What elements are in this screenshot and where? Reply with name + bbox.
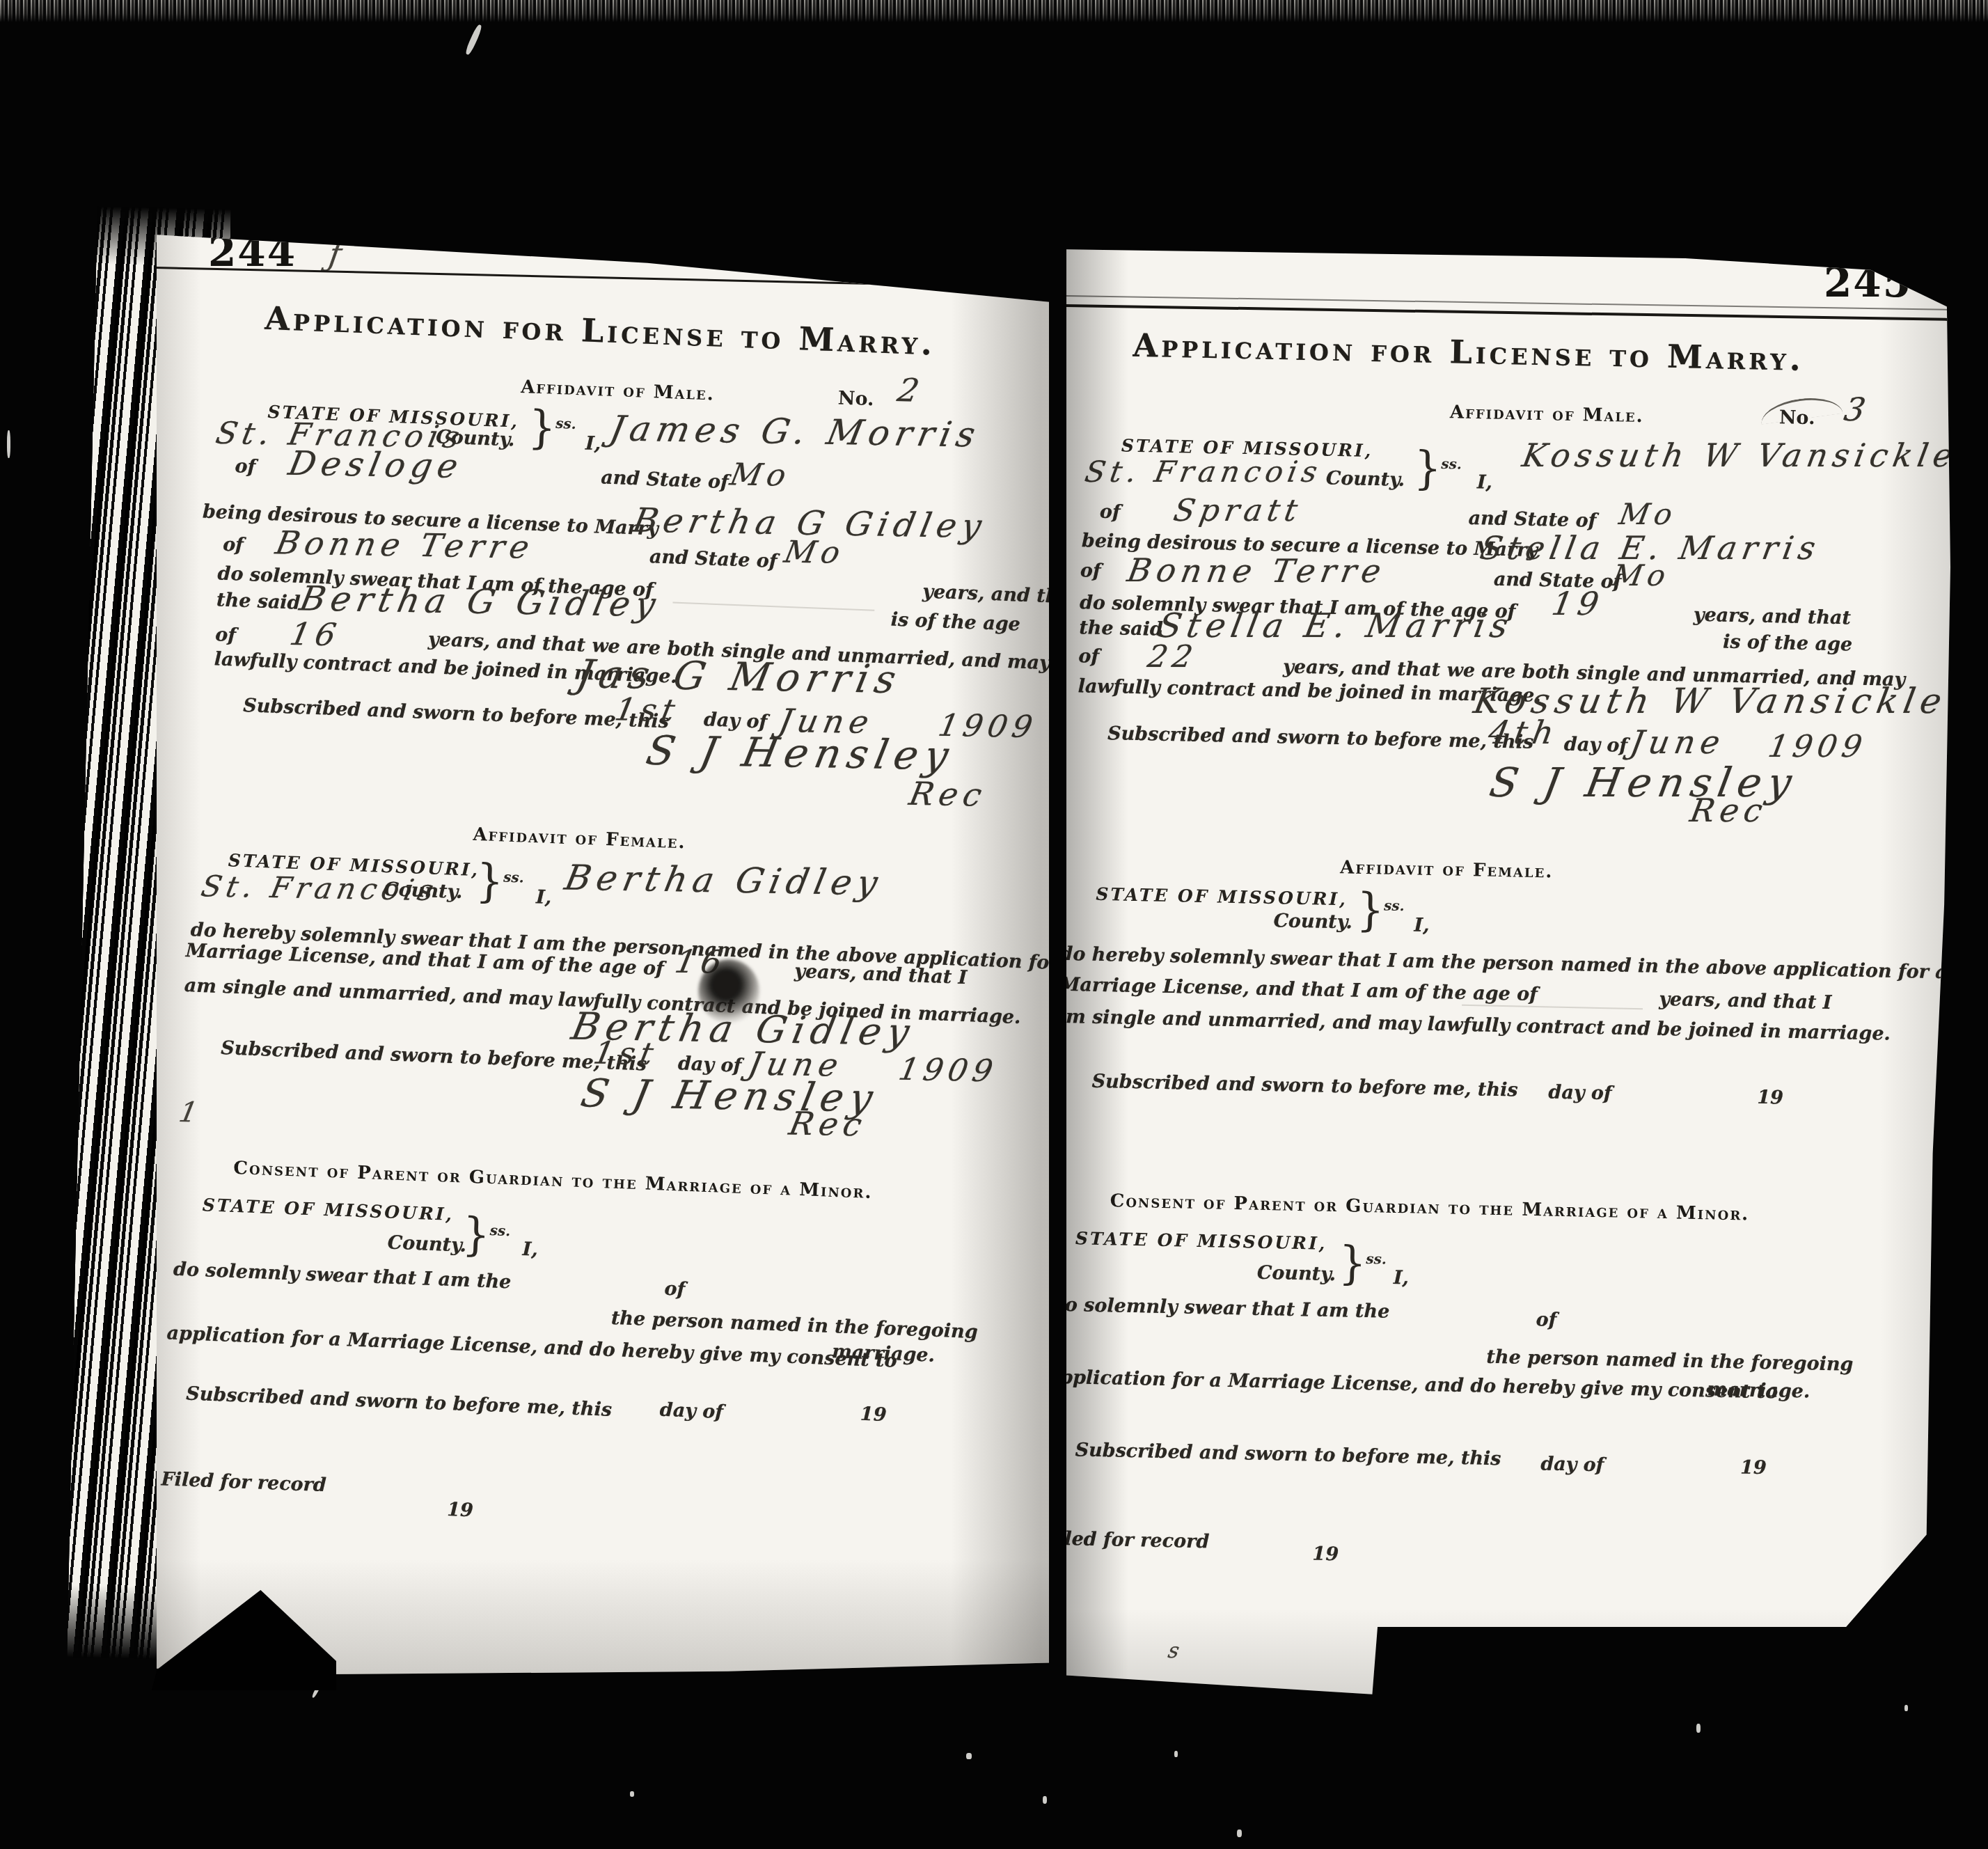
female-affidavit-heading: Affidavit of Female. (1340, 857, 1554, 882)
consent-marriage-label: marriage. (1707, 1378, 1810, 1402)
groom-residence-fill: Desloge (285, 444, 466, 486)
of-label: of (1099, 501, 1120, 524)
page-244-content: Application for License to Marry. Affida… (102, 228, 1050, 1706)
officer-signature: S J Hensley (642, 727, 958, 779)
subscribed-label: Subscribed and sworn to before me, this (186, 1383, 613, 1421)
subscribed-label: Subscribed and sworn to before me, this (1107, 723, 1534, 753)
county-label: County. (1326, 468, 1405, 491)
book-top-edge (0, 0, 1988, 22)
form-title: Application for License to Marry. (154, 295, 1047, 367)
sworn-month-fill: June (1627, 723, 1728, 761)
is-of-the-age-label: is of the age (1723, 631, 1853, 656)
officer-title: Rec (1687, 792, 1771, 829)
years-and-that-i-label: years, and that I (1659, 989, 1832, 1014)
brace-glyph: } (461, 1207, 491, 1261)
year-prefix: 19 (860, 1403, 887, 1426)
county-label: County. (1257, 1262, 1336, 1285)
day-of-label: day of (1548, 1082, 1612, 1105)
year-prefix: 19 (1757, 1087, 1783, 1109)
i-label: I, (1394, 1267, 1410, 1289)
sworn-day-fill: 4th (1485, 714, 1561, 751)
no-label: No. (837, 387, 874, 410)
and-state-of-label: and State of (649, 546, 778, 572)
book-page-245: 245 Application for License to Marry. Af… (1066, 245, 1950, 1710)
sworn-day-fill: 1st (590, 1034, 661, 1072)
consent-marriage-label: marriage. (832, 1341, 936, 1367)
ss-label: ss. (1441, 455, 1462, 473)
subscribed-label: Subscribed and sworn to before me, this (1091, 1071, 1518, 1101)
consent-heading: Consent of Parent or Guardian to the Mar… (1047, 1189, 1813, 1226)
day-of-label: day of (1540, 1453, 1604, 1476)
brace-glyph: } (1356, 883, 1384, 936)
ss-label: ss. (489, 1222, 510, 1239)
bride-name-fill: Bertha G Gidley (297, 579, 664, 625)
i-label: I, (1414, 914, 1430, 936)
bottom-stray-mark: s (1166, 1639, 1184, 1664)
consent-swear-label: do solemnly swear that I am the (173, 1259, 512, 1293)
day-of-label: day of (659, 1399, 723, 1423)
county-fill: St. Francois (1082, 455, 1325, 489)
brace-glyph: } (1413, 441, 1442, 494)
groom-state-fill: Mo (1616, 497, 1680, 531)
day-of-label: day of (1564, 734, 1628, 757)
ss-label: ss. (1384, 897, 1405, 914)
consent-swear-label: do solemnly swear that I am the (1052, 1294, 1390, 1323)
application-number-fill: 2 (894, 371, 927, 409)
scan-streak (7, 430, 10, 458)
year-prefix: 19 (1312, 1543, 1339, 1566)
bride-state-fill: Mo (781, 535, 848, 571)
consent-person-label: the person named in the foregoing (610, 1307, 978, 1343)
filed-for-record-label: Filed for record (161, 1468, 326, 1496)
margin-stray-mark: 1 (176, 1096, 205, 1128)
male-affidavit-heading: Affidavit of Male. (1450, 402, 1645, 427)
blank-age-line (1462, 1005, 1643, 1009)
of-label: of (1078, 645, 1099, 668)
subscribed-label: Subscribed and sworn to before me, this (1075, 1439, 1501, 1470)
year-prefix: 19 (447, 1499, 474, 1521)
officer-title: Rec (906, 775, 991, 814)
brace-glyph: } (1338, 1236, 1366, 1289)
county-label: County. (1273, 910, 1352, 933)
years-and-that-label: years, and that (1694, 604, 1852, 629)
groom-age-fill: 19 (1549, 585, 1607, 622)
form-title: Application for License to Marry. (1064, 325, 1872, 379)
sworn-day-fill: 1st (612, 691, 683, 729)
bride-residence-fill: Bonne Terre (1125, 552, 1389, 590)
page-245-content: Application for License to Marry. Affida… (1036, 244, 1951, 1728)
of-label: of (1080, 560, 1101, 582)
scanned-register-spread: 244 ƒ GEO. D. BARNARD & CO., ST. LOUIS A… (0, 0, 1988, 1849)
state-label: STATE OF MISSOURI, (1075, 1228, 1327, 1254)
officer-title: Rec (786, 1105, 870, 1144)
scan-speck (1043, 1796, 1047, 1804)
scan-speck (1904, 1705, 1908, 1711)
female-age-lead: Marriage License, and that I am of the a… (1059, 974, 1538, 1005)
bride-residence-fill: Bonne Terre (272, 524, 537, 566)
of-label: of (215, 624, 237, 646)
i-label: I, (1476, 471, 1492, 493)
scan-speck (1696, 1724, 1701, 1733)
years-and-that-label: years, and that (922, 581, 1080, 608)
printer-mark: GEO. D. BARNARD & CO., ST. LOUIS (713, 249, 881, 260)
consent-person-label: the person named in the foregoing (1486, 1346, 1854, 1376)
book-page-244: 244 ƒ GEO. D. BARNARD & CO., ST. LOUIS A… (157, 230, 1049, 1674)
groom-state-fill: Mo (727, 457, 794, 494)
female-affidavit-heading: Affidavit of Female. (473, 824, 686, 853)
ss-label: ss. (1366, 1250, 1387, 1268)
subscribed-label: Subscribed and sworn to before me, this (243, 695, 670, 732)
is-of-the-age-label: is of the age (890, 609, 1020, 636)
brace-glyph: } (475, 853, 504, 908)
the-said-label: the said (1079, 617, 1163, 640)
year-prefix: 19 (1740, 1456, 1767, 1479)
margin-stray-mark: a (1050, 1436, 1067, 1457)
scan-streak (464, 24, 483, 56)
of-label: of (235, 455, 256, 478)
scan-speck (1174, 1751, 1178, 1757)
sworn-year-fill: 1909 (896, 1052, 1001, 1089)
filed-for-record-label: Filed for record (1044, 1527, 1210, 1552)
bride-age-fill: 16 (287, 615, 344, 653)
i-label: I, (535, 886, 551, 908)
bride-state-fill: Mo (1610, 558, 1673, 592)
county-label: County. (384, 879, 463, 903)
application-number-fill: 3 (1841, 391, 1873, 428)
groom-name-fill: Kossuth W Vansickle (1520, 436, 1961, 474)
scan-speck (630, 1791, 634, 1797)
bride-age-fill: 22 (1145, 639, 1200, 675)
and-state-of-label: and State of (601, 466, 729, 493)
i-label: I, (585, 433, 601, 455)
and-state-of-label: and State of (1468, 508, 1596, 532)
of-label: of (1536, 1309, 1556, 1331)
ss-label: ss. (503, 868, 524, 886)
ss-label: ss. (555, 415, 576, 432)
the-said-label: the said (216, 589, 301, 614)
brace-glyph: } (528, 400, 557, 455)
consent-application-label: application for a Marriage License, and … (1047, 1367, 1778, 1403)
blank-age-line (672, 602, 874, 611)
bride-name-fill: Bertha Gidley (562, 858, 887, 904)
state-label: STATE OF MISSOURI, (202, 1195, 454, 1225)
county-label: County. (387, 1232, 466, 1256)
bride-name-fill: Stella E. Marris (1155, 606, 1517, 645)
i-label: I, (522, 1238, 538, 1261)
groom-name-fill: James G. Morris (606, 409, 984, 455)
of-label: of (223, 534, 244, 556)
state-label: STATE OF MISSOURI, (1096, 884, 1348, 910)
scan-speck (1237, 1830, 1242, 1837)
scan-speck (966, 1753, 972, 1759)
of-label: of (664, 1278, 686, 1300)
groom-residence-fill: Spratt (1171, 493, 1305, 528)
